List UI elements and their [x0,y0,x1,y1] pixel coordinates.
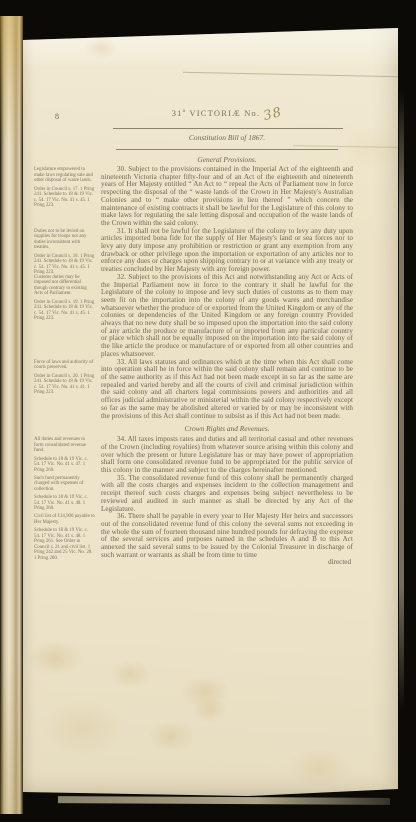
margin-note-refs: Schedule to 18 & 19 Vic. c. 54. 17 Vic. … [34,528,95,561]
margin-note: Force of laws and authority of courts pr… [34,360,95,396]
paragraph-32: 32. Subject to the provisions of this Ac… [101,274,353,359]
margin-note-refs: Order in Council s. 17. 1 Pring 241. Sch… [34,187,95,209]
margin-note: Legislature empowered to make laws regul… [34,167,95,209]
stacked-pages-edge-right [399,90,404,710]
margin-note: Duties not to be levied on supplies for … [34,229,95,276]
paragraph-36-last-word: directed [101,559,353,567]
margin-note-text: Civil list of £14,900 payable to Her Maj… [34,514,95,525]
paragraph-row: Duties not to be levied on supplies for … [101,228,353,274]
margin-note-refs: Schedule to 18 & 19 Vic. c. 54. 17 Vic. … [34,495,95,512]
section-heading-general-provisions: General Provisions. [101,155,353,164]
paragraph-row: Civil list of £14,900 payable to Her Maj… [101,513,353,567]
paragraph-row: Force of laws and authority of courts pr… [101,359,353,421]
paragraph-row: Legislature empowered to make laws regul… [101,166,353,228]
margin-note-text: Legislature empowered to make laws regul… [34,167,95,184]
stacked-pages-edge-bottom [58,796,390,805]
paragraph-row: Customs duties may be imposed not differ… [101,274,353,359]
margin-note-text: All duties and revenues to form consolid… [34,437,95,454]
act-label: VICTORIÆ No. [186,108,260,118]
paragraph-31: 31. It shall not be lawful for the Legis… [101,228,353,274]
margin-note: All duties and revenues to form consolid… [34,437,95,473]
paragraph-row: All duties and revenues to form consolid… [101,436,353,475]
paragraph-30: 30. Subject to the provisions contained … [101,166,353,228]
margin-note-text: Such fund permanently charged with expen… [34,476,95,493]
document-page: 8 31a VICTORIÆ No.38 Constitution Bill o… [23,28,398,798]
handwritten-bill-number: 38 [262,105,284,124]
margin-note-refs: Order in Council s. 18. 1 Pring 241. Sch… [34,254,95,276]
margin-note-refs: Order in Council s. 19. 1 Pring 241. Sch… [34,300,95,322]
margin-note-refs: Schedule to 18 & 19 Vic. c. 54. 17 Vic. … [34,457,95,474]
margin-note-text: Customs duties may be imposed not differ… [34,275,95,297]
page-fold-line [183,72,398,78]
paragraph-row: Such fund permanently charged with expen… [101,475,353,514]
paragraph-34: 34. All taxes imposts rates and duties a… [101,436,353,475]
divider-rule-top [113,128,343,129]
paragraph-35: 35. The consolidated revenue fund of thi… [101,475,353,514]
paragraph-36: 36. There shall be payable in every year… [101,513,353,559]
paragraph-33: 33. All laws statutes and ordinances whi… [101,359,353,421]
section-heading-crown-rights: Crown Rights and Revenues. [101,424,353,433]
margin-note-text: Duties not to be levied on supplies for … [34,229,95,251]
bill-title: Constitution Bill of 1867. [101,133,353,142]
margin-note-text: Force of laws and authority of courts pr… [34,360,95,371]
scanned-book-photo: 8 31a VICTORIÆ No.38 Constitution Bill o… [0,0,416,822]
regnal-year: 31 [172,108,183,118]
page-fold-line [293,145,398,148]
margin-note: Civil list of £14,900 payable to Her Maj… [34,514,95,561]
margin-note-refs: Order in Council s. 20. 1 Pring 241. Sch… [34,374,95,396]
margin-note: Customs duties may be imposed not differ… [34,275,95,322]
page-number: 8 [55,112,59,121]
divider-rule-bottom [116,149,338,150]
page-body: General Provisions. Legislature empowere… [101,153,353,567]
margin-note: Such fund permanently charged with expen… [34,476,95,512]
book-binding-edge [0,16,23,814]
act-header: 31a VICTORIÆ No.38 [101,105,353,120]
